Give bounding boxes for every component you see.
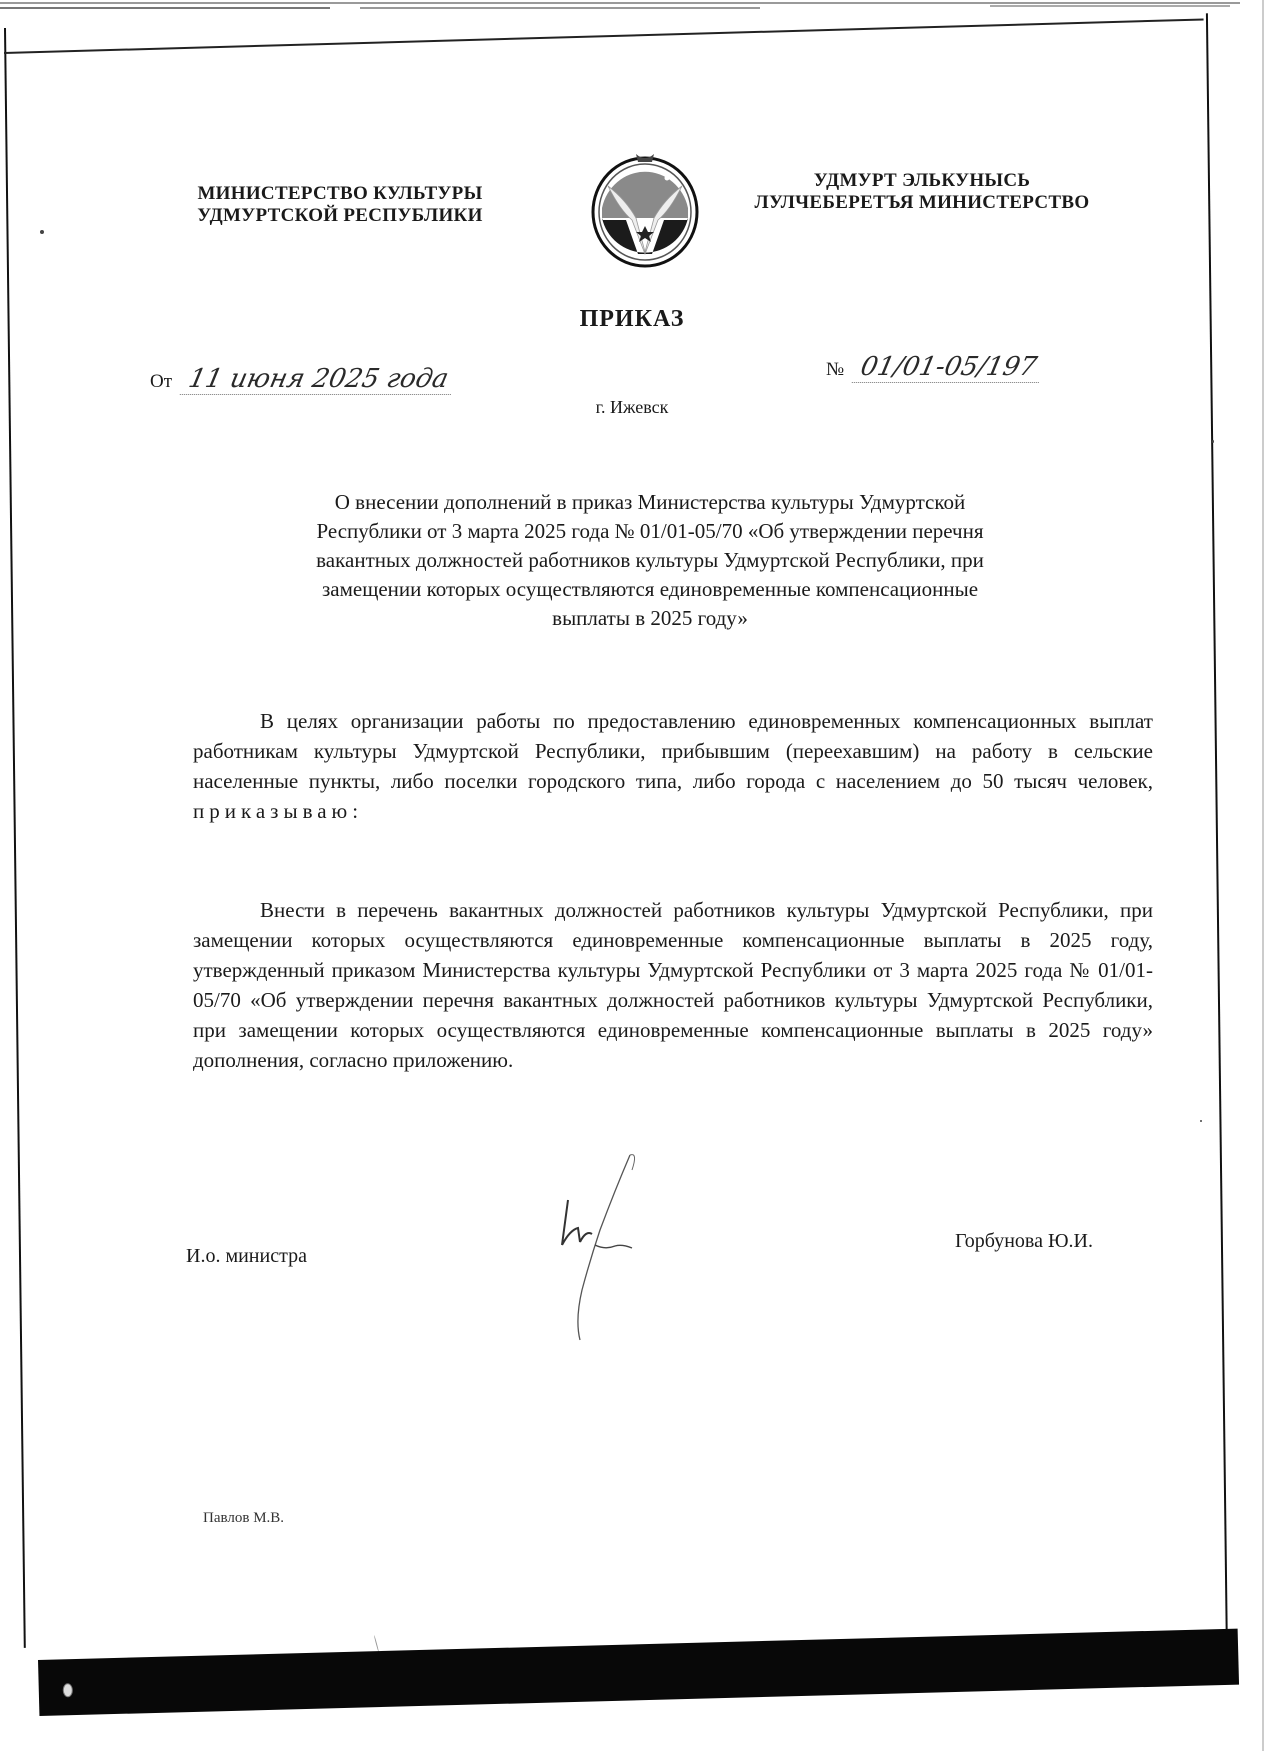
preamble-text: В целях организации работы по предоставл…	[193, 709, 1153, 793]
handwritten-signature	[520, 1150, 680, 1345]
subject-line: вакантных должностей работников культуры…	[200, 546, 1100, 575]
subject-line: выплаты в 2025 году»	[200, 604, 1100, 633]
resolution-paragraph: Внести в перечень вакантных должностей р…	[193, 895, 1153, 1075]
handwritten-date: 11 июня 2025 года	[179, 364, 456, 395]
order-word: приказываю:	[193, 799, 363, 823]
scan-speck	[40, 230, 44, 234]
punch-hole	[63, 1683, 73, 1697]
ministry-name-udm-line2: ЛУЛЧЕБЕРЕТЪЯ МИНИСТЕРСТВО	[712, 192, 1132, 214]
date-prefix: От	[150, 371, 172, 392]
document-title: ПРИКАЗ	[0, 306, 1264, 333]
order-number: № 01/01-05/197	[826, 352, 1042, 383]
order-date: От 11 июня 2025 года	[150, 364, 454, 395]
document-content: МИНИСТЕРСТВО КУЛЬТУРЫ УДМУРТСКОЙ РЕСПУБЛ…	[0, 0, 1264, 1751]
scan-speck	[1212, 440, 1214, 443]
ministry-name-ru-line1: МИНИСТЕРСТВО КУЛЬТУРЫ	[150, 183, 530, 205]
subject-line: Республики от 3 марта 2025 года № 01/01-…	[200, 517, 1100, 546]
order-subject: О внесении дополнений в приказ Министерс…	[200, 488, 1100, 633]
signatory-role: И.о. министра	[186, 1245, 307, 1268]
number-prefix: №	[826, 359, 844, 380]
udmurt-coat-of-arms-icon	[586, 148, 704, 270]
ministry-name-udm-line1: УДМУРТ ЭЛЬКУНЫСЬ	[712, 170, 1132, 192]
executor-name: Павлов М.В.	[203, 1510, 284, 1527]
subject-line: замещении которых осуществляются единовр…	[200, 575, 1100, 604]
signatory-name: Горбунова Ю.И.	[955, 1230, 1093, 1253]
city: г. Ижевск	[0, 397, 1264, 418]
ministry-name-ru-line2: УДМУРТСКОЙ РЕСПУБЛИКИ	[150, 205, 530, 227]
ministry-name-udm: УДМУРТ ЭЛЬКУНЫСЬ ЛУЛЧЕБЕРЕТЪЯ МИНИСТЕРСТ…	[712, 170, 1132, 214]
scan-speck	[1200, 1120, 1202, 1122]
ministry-name-ru: МИНИСТЕРСТВО КУЛЬТУРЫ УДМУРТСКОЙ РЕСПУБЛ…	[150, 183, 530, 227]
preamble-paragraph: В целях организации работы по предоставл…	[193, 706, 1153, 826]
subject-line: О внесении дополнений в приказ Министерс…	[200, 488, 1100, 517]
handwritten-number: 01/01-05/197	[852, 352, 1046, 383]
